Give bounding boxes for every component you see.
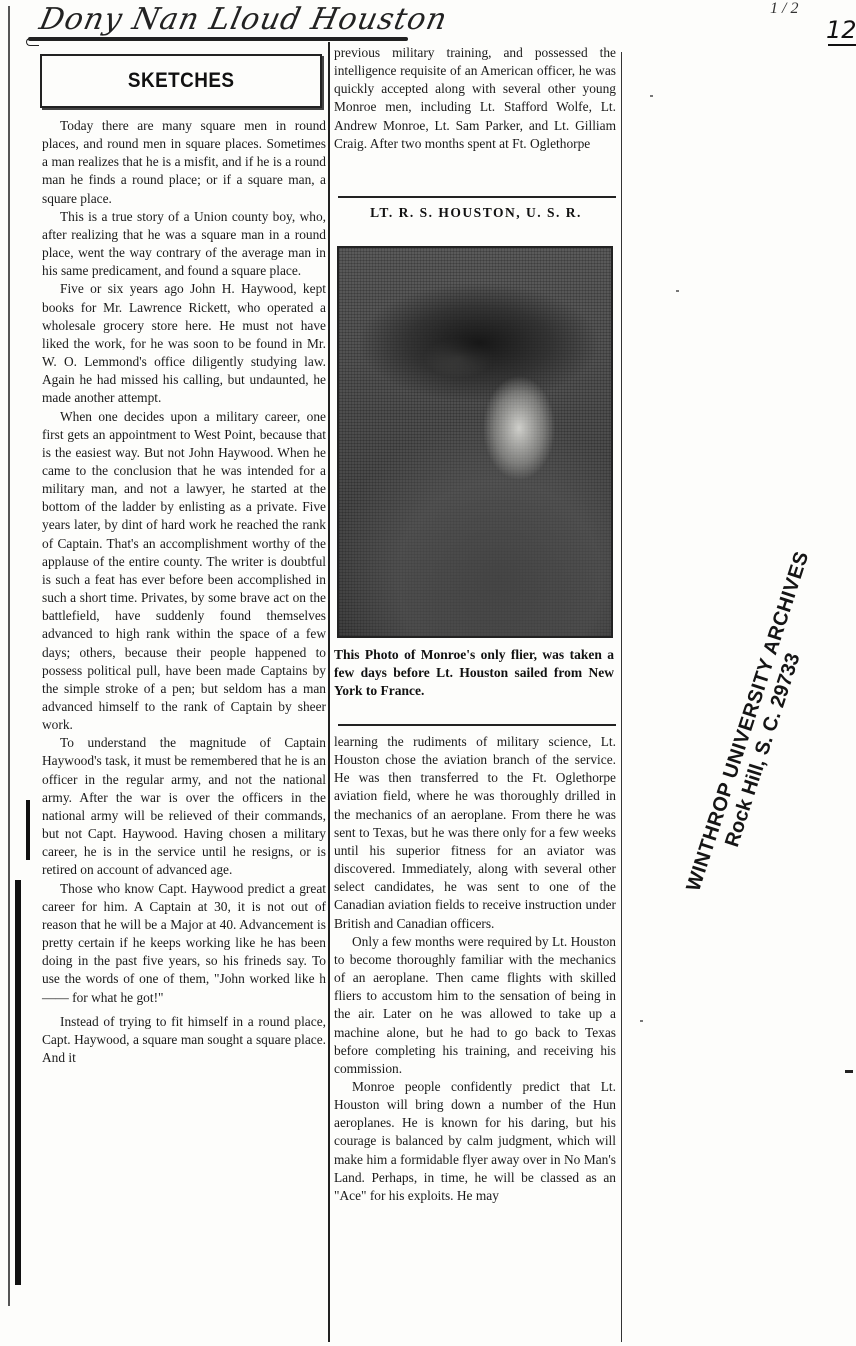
archive-stamp-line2: Rock Hill, S. C. 29733 xyxy=(704,552,837,901)
top-rule xyxy=(28,37,408,41)
paragraph: Today there are many square men in round… xyxy=(42,117,326,208)
archive-stamp-line1: WINTHROP UNIVERSITY ARCHIVES xyxy=(683,545,816,894)
paragraph: Five or six years ago John H. Haywood, k… xyxy=(42,280,326,407)
handwritten-header: Dony Nan Lloud Houston xyxy=(36,2,450,37)
paragraph: Those who know Capt. Haywood predict a g… xyxy=(42,880,326,1007)
scan-speck xyxy=(650,95,653,97)
paragraph: When one decides upon a military career,… xyxy=(42,408,326,735)
newspaper-clipping-page: Dony Nan Lloud Houston 1 / 2 12 SKETCHES… xyxy=(0,0,856,1346)
left-edge-line xyxy=(8,6,10,1306)
paragraph: This is a true story of a Union county b… xyxy=(42,208,326,281)
paragraph: Monroe people confidently predict that L… xyxy=(334,1078,616,1205)
page-number: 12 xyxy=(826,16,856,44)
left-column: Today there are many square men in round… xyxy=(42,117,326,1067)
photo-title: LT. R. S. HOUSTON, U. S. R. xyxy=(334,205,618,221)
portrait-photo xyxy=(337,246,613,638)
middle-column-bottom: learning the rudiments of military scien… xyxy=(334,733,616,1205)
headline-box: SKETCHES xyxy=(40,54,322,108)
scan-speck xyxy=(640,1020,643,1022)
paragraph: previous military training, and possesse… xyxy=(334,44,616,153)
column-divider xyxy=(328,42,330,1342)
headline: SKETCHES xyxy=(128,69,235,93)
scan-speck xyxy=(845,1070,853,1073)
column-divider-right xyxy=(621,52,622,1342)
paragraph: To understand the magnitude of Captain H… xyxy=(42,734,326,879)
archive-stamp: WINTHROP UNIVERSITY ARCHIVES Rock Hill, … xyxy=(683,545,838,902)
photo-caption: This Photo of Monroe's only flier, was t… xyxy=(334,646,614,700)
top-rule-end xyxy=(26,38,39,46)
photo-top-rule xyxy=(338,196,616,198)
middle-column-top: previous military training, and possesse… xyxy=(334,44,616,153)
left-edge-mark-long xyxy=(15,880,21,1285)
paragraph: Only a few months were required by Lt. H… xyxy=(334,933,616,1078)
paragraph: Instead of trying to fit himself in a ro… xyxy=(42,1013,326,1067)
corner-handwritten-mark: 1 / 2 xyxy=(770,0,798,18)
paragraph: learning the rudiments of military scien… xyxy=(334,733,616,933)
scan-speck xyxy=(676,290,679,292)
left-edge-mark-top xyxy=(26,800,30,860)
caption-rule xyxy=(338,724,616,726)
